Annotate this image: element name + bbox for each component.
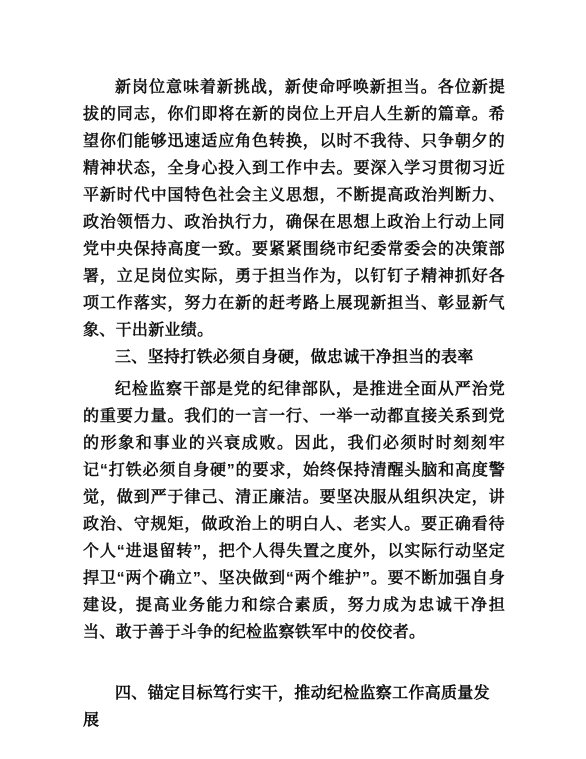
section-heading-three: 三、坚持打铁必须自身硬，做忠诚干净担当的表率	[83, 344, 505, 371]
body-paragraph-1: 新岗位意味着新挑战，新使命呼唤新担当。各位新提拔的同志，你们即将在新的岗位上开启…	[83, 74, 505, 344]
document-page: 新岗位意味着新挑战，新使命呼唤新担当。各位新提拔的同志，你们即将在新的岗位上开启…	[0, 0, 586, 759]
body-paragraph-2: 纪检监察干部是党的纪律部队，是推进全面从严治党的重要力量。我们的一言一行、一举一…	[83, 376, 505, 646]
section-heading-four: 四、锚定目标笃行实干，推动纪检监察工作高质量发展	[83, 680, 505, 734]
